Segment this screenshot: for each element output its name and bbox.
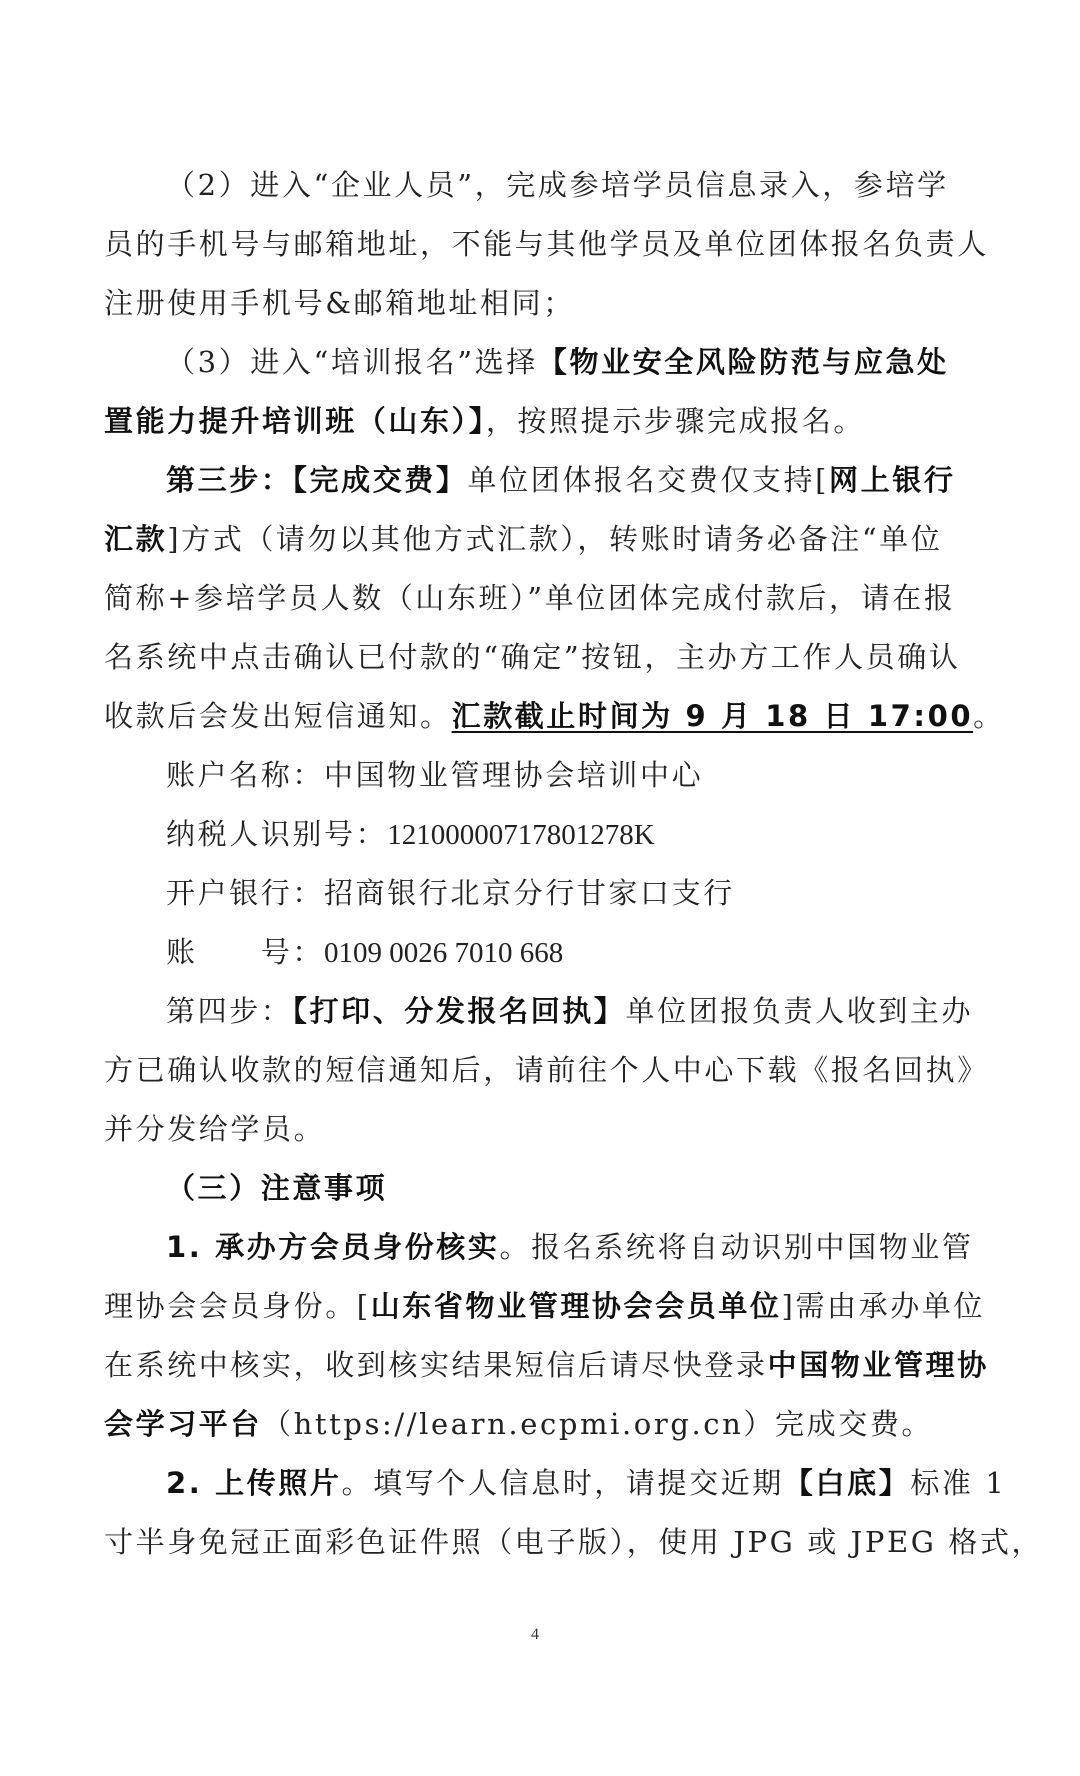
text: 。报名系统将自动识别中国物业管 — [500, 1230, 974, 1264]
step4-heading: 第四步： — [166, 994, 292, 1028]
text: 员的手机号与邮箱地址，不能与其他学员及单位团体报名负责人 — [104, 227, 989, 261]
course-name-bold: 【物业安全风险防范与应急处 — [538, 345, 949, 379]
step4-title-bold: 【打印、分发报名回执】 — [292, 994, 625, 1028]
paragraph-line: （2）进入“企业人员”，完成参培学员信息录入，参培学 — [104, 156, 972, 215]
bank-value: 招商银行北京分行甘家口支行 — [324, 876, 735, 910]
tax-id-value: 12100000717801278K — [387, 819, 654, 851]
text: 理协会会员身份。[ — [104, 1289, 371, 1323]
platform-url-text: （https://learn.ecpmi.org.cn）完成交费。 — [262, 1407, 933, 1441]
account-number-value: 0109 0026 7010 668 — [324, 937, 563, 969]
text: 标准 1 — [910, 1466, 1006, 1500]
notes-heading: （三）注意事项 — [166, 1171, 387, 1205]
member-unit-bold: 山东省物业管理协会会员单位 — [371, 1289, 782, 1323]
payment-method-bold: 网上银行 — [829, 463, 955, 497]
paragraph-line: 并分发给学员。 — [104, 1100, 972, 1159]
paragraph-line: 第三步：【完成交费】单位团体报名交费仅支持[网上银行 — [104, 451, 972, 510]
account-name-row: 账户名称：中国物业管理协会培训中心 — [104, 746, 972, 805]
text: 。填写个人信息时，请提交近期 — [342, 1466, 784, 1500]
account-name-value: 中国物业管理协会培训中心 — [324, 758, 703, 792]
text: 在系统中核实，收到核实结果短信后请尽快登录 — [104, 1348, 768, 1382]
text: 。 — [973, 699, 1005, 733]
step3-heading: 第三步：【完成交费】 — [166, 463, 468, 497]
paragraph-line: 汇款]方式（请勿以其他方式汇款），转账时请务必备注“单位 — [104, 510, 972, 569]
account-number-row: 账 号：0109 0026 7010 668 — [104, 923, 972, 982]
account-number-label: 账 号： — [166, 935, 324, 969]
paragraph-line: 寸半身免冠正面彩色证件照（电子版），使用 JPG 或 JPEG 格式， — [104, 1513, 972, 1572]
paragraph-line: 名系统中点击确认已付款的“确定”按钮，主办方工作人员确认 — [104, 628, 972, 687]
platform-name-bold: 会学习平台 — [104, 1407, 262, 1441]
text: ]需由承办单位 — [782, 1289, 986, 1323]
note2-title: 2. 上传照片 — [166, 1466, 342, 1500]
text: 单位团体报名交费仅支持[ — [468, 463, 830, 497]
text: ，按照提示步骤完成报名。 — [486, 404, 865, 438]
paragraph-line: 方已确认收款的短信通知后，请前往个人中心下载《报名回执》 — [104, 1041, 972, 1100]
account-name-label: 账户名称： — [166, 758, 324, 792]
page-number: 4 — [531, 1626, 539, 1644]
text: 注册使用手机号&邮箱地址相同； — [104, 286, 575, 320]
paragraph-line: 在系统中核实，收到核实结果短信后请尽快登录中国物业管理协 — [104, 1336, 972, 1395]
paragraph-line: 置能力提升培训班（山东）】，按照提示步骤完成报名。 — [104, 392, 972, 451]
tax-id-row: 纳税人识别号：12100000717801278K — [104, 805, 972, 864]
payment-deadline: 汇款截止时间为 9 月 18 日 17:00 — [452, 699, 974, 733]
text: 方已确认收款的短信通知后，请前往个人中心下载《报名回执》 — [104, 1053, 989, 1087]
text: 寸半身免冠正面彩色证件照（电子版），使用 JPG 或 JPEG 格式， — [104, 1525, 1043, 1559]
bank-label: 开户银行： — [166, 876, 324, 910]
bank-row: 开户银行：招商银行北京分行甘家口支行 — [104, 864, 972, 923]
text: 单位团报负责人收到主办 — [626, 994, 974, 1028]
platform-name-bold: 中国物业管理协 — [768, 1348, 989, 1382]
course-name-bold: 置能力提升培训班（山东）】 — [104, 404, 486, 438]
text: 简称+参培学员人数（山东班）”单位团体完成付款后，请在报 — [104, 581, 955, 615]
paragraph-line: 收款后会发出短信通知。汇款截止时间为 9 月 18 日 17:00。 — [104, 687, 972, 746]
text: （2）进入“企业人员”，完成参培学员信息录入，参培学 — [166, 168, 949, 202]
text: 名系统中点击确认已付款的“确定”按钮，主办方工作人员确认 — [104, 640, 960, 674]
text: ]方式（请勿以其他方式汇款），转账时请务必备注“单位 — [167, 522, 942, 556]
text: （3）进入“培训报名”选择 — [166, 345, 538, 379]
text: 收款后会发出短信通知。 — [104, 699, 452, 733]
white-background-bold: 【白底】 — [784, 1466, 910, 1500]
paragraph-line: 会学习平台（https://learn.ecpmi.org.cn）完成交费。 — [104, 1395, 972, 1454]
document-page: （2）进入“企业人员”，完成参培学员信息录入，参培学 员的手机号与邮箱地址，不能… — [0, 0, 1080, 1776]
paragraph-line: 2. 上传照片。填写个人信息时，请提交近期【白底】标准 1 — [104, 1454, 972, 1513]
document-body: （2）进入“企业人员”，完成参培学员信息录入，参培学 员的手机号与邮箱地址，不能… — [104, 156, 972, 1572]
paragraph-line: 注册使用手机号&邮箱地址相同； — [104, 274, 972, 333]
paragraph-line: 1. 承办方会员身份核实。报名系统将自动识别中国物业管 — [104, 1218, 972, 1277]
paragraph-line: 理协会会员身份。[山东省物业管理协会会员单位]需由承办单位 — [104, 1277, 972, 1336]
text: 并分发给学员。 — [104, 1112, 325, 1146]
paragraph-line: 员的手机号与邮箱地址，不能与其他学员及单位团体报名负责人 — [104, 215, 972, 274]
note1-title: 1. 承办方会员身份核实 — [166, 1230, 500, 1264]
paragraph-line: （3）进入“培训报名”选择【物业安全风险防范与应急处 — [104, 333, 972, 392]
section-heading: （三）注意事项 — [104, 1159, 972, 1218]
paragraph-line: 第四步：【打印、分发报名回执】单位团报负责人收到主办 — [104, 982, 972, 1041]
tax-id-label: 纳税人识别号： — [166, 817, 387, 851]
payment-method-bold: 汇款 — [104, 522, 167, 556]
paragraph-line: 简称+参培学员人数（山东班）”单位团体完成付款后，请在报 — [104, 569, 972, 628]
